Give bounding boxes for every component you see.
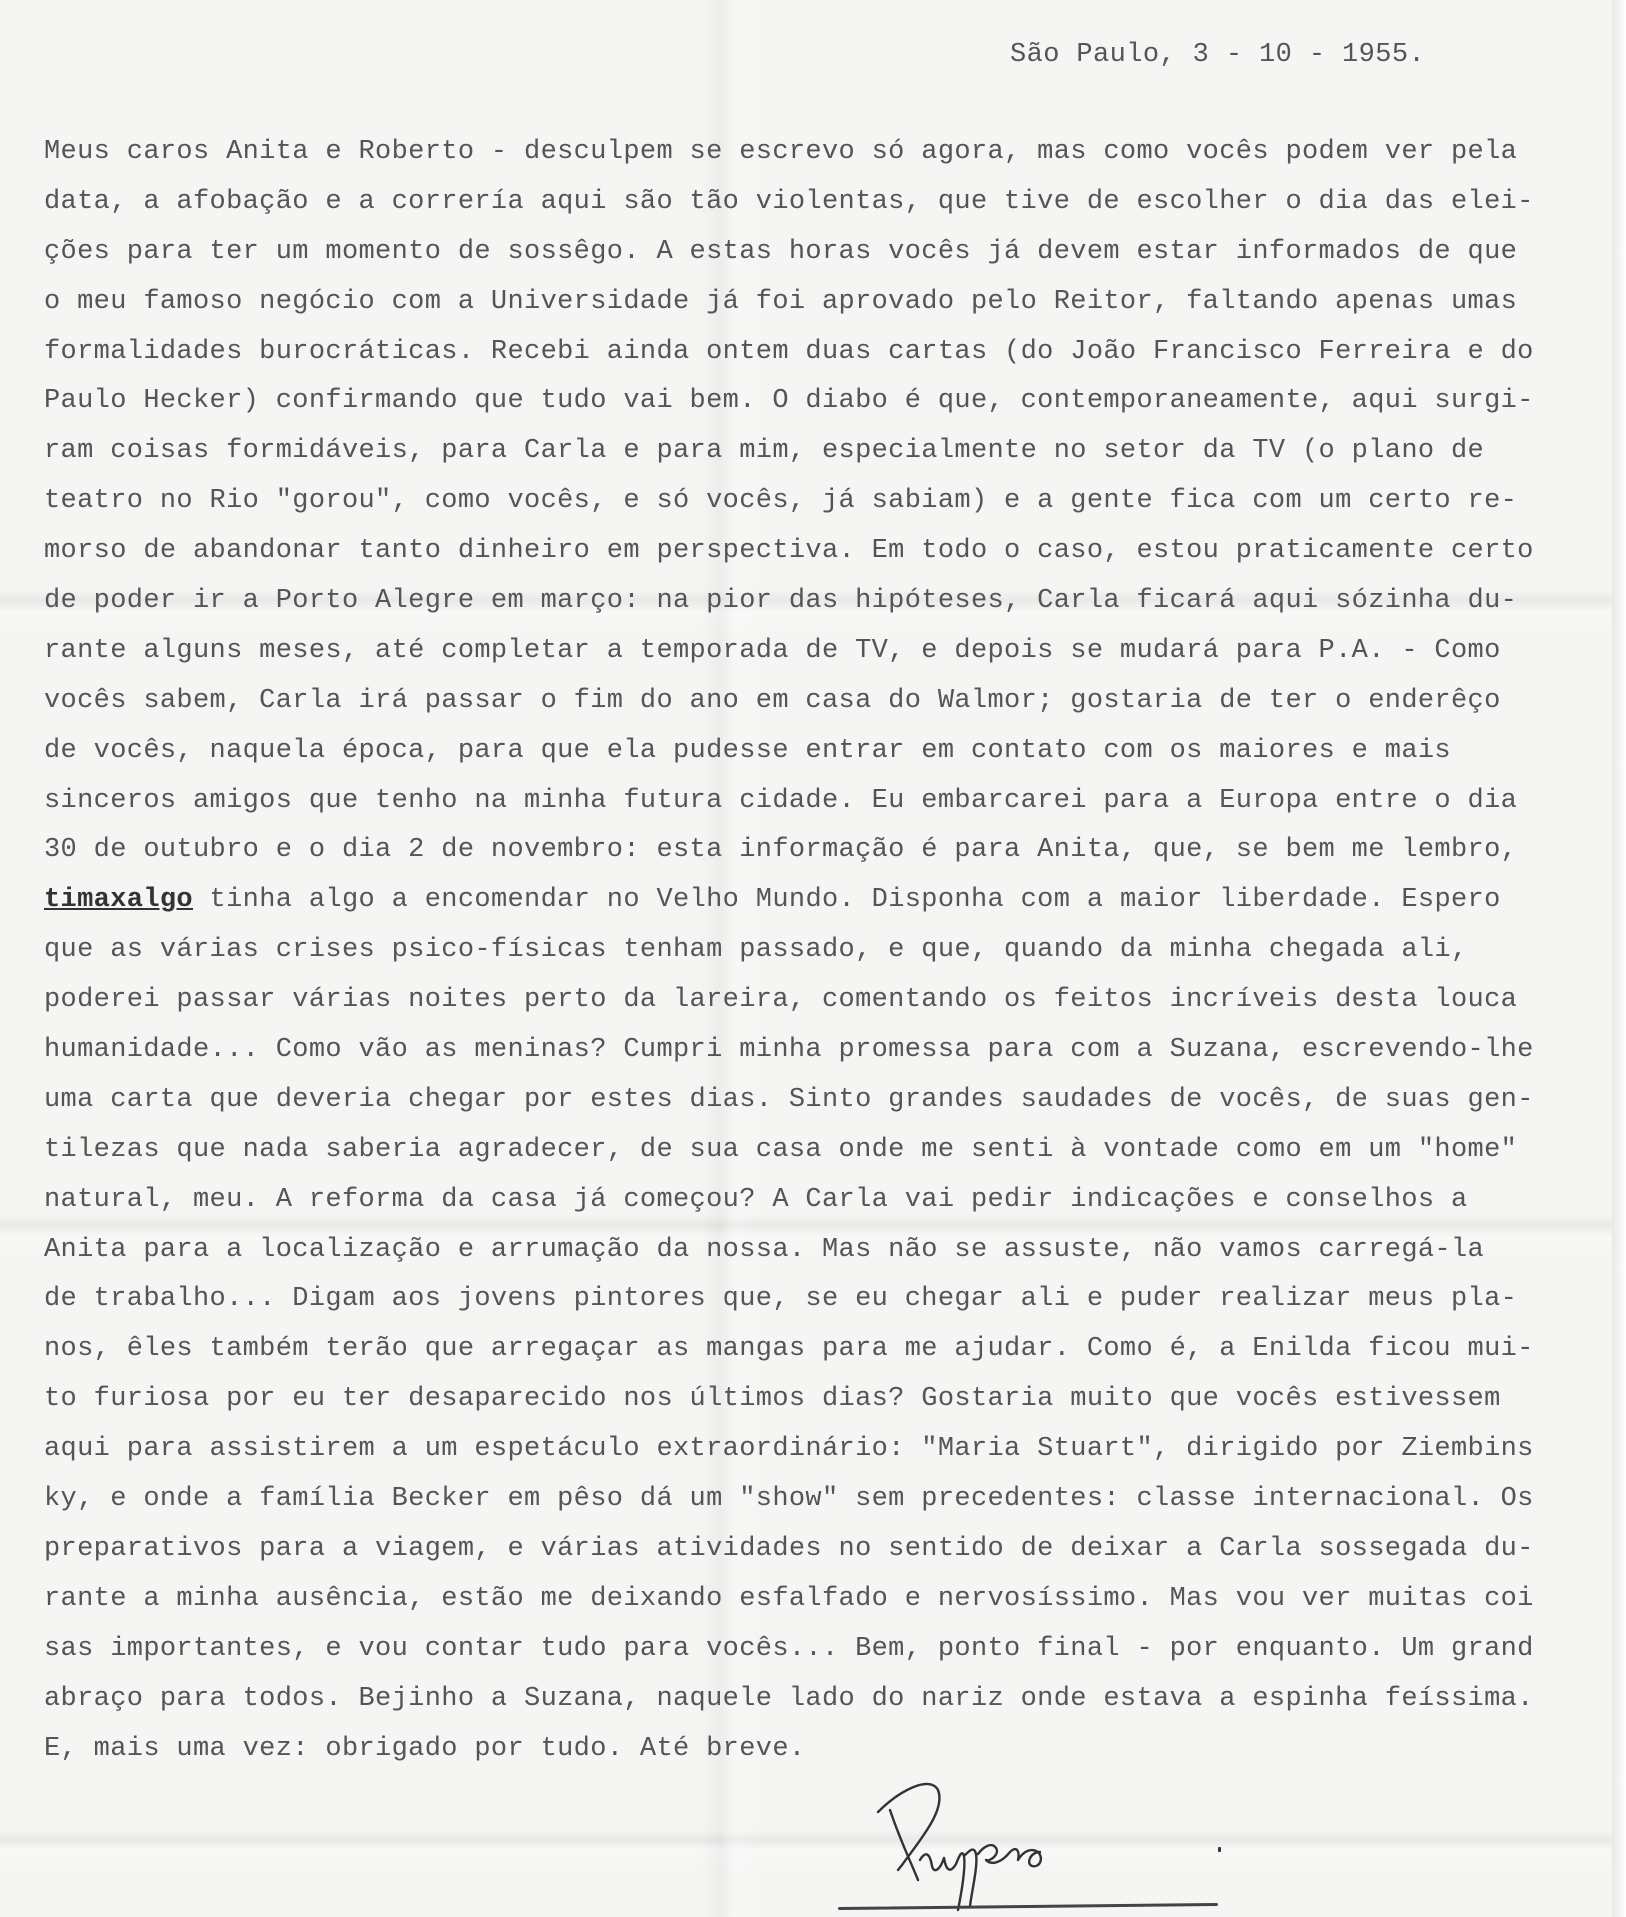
letter-line-text: tinha algo a encomendar no Velho Mundo. … — [210, 885, 1501, 915]
signature-scribble-icon — [860, 1770, 1180, 1910]
letter-line: rante a minha ausência, estão me deixand… — [44, 1575, 1626, 1625]
letter-line: teatro no Rio "gorou", como vocês, e só … — [44, 477, 1626, 527]
struck-out-text: timaxalgo — [44, 885, 193, 915]
letter-line: 30 de outubro e o dia 2 de novembro: est… — [44, 826, 1626, 876]
letter-line: sas importantes, e vou contar tudo para … — [44, 1625, 1626, 1675]
letter-line: morso de abandonar tanto dinheiro em per… — [44, 527, 1626, 577]
letter-line: abraço para todos. Bejinho a Suzana, naq… — [44, 1675, 1626, 1725]
letter-line: Meus caros Anita e Roberto - desculpem s… — [44, 128, 1626, 178]
letter-line: Anita para a localização e arrumação da … — [44, 1226, 1626, 1276]
letter-line: aqui para assistirem a um espetáculo ext… — [44, 1425, 1626, 1475]
letter-line: rante alguns meses, até completar a temp… — [44, 627, 1626, 677]
letter-body: Meus caros Anita e Roberto - desculpem s… — [44, 128, 1626, 1774]
letter-line: formalidades burocráticas. Recebi ainda … — [44, 328, 1626, 378]
letter-line: data, a afobação e a correría aqui são t… — [44, 178, 1626, 228]
letter-line: ky, e onde a família Becker em pêso dá u… — [44, 1475, 1626, 1525]
letter-line: preparativos para a viagem, e várias ati… — [44, 1525, 1626, 1575]
letter-line: ram coisas formidáveis, para Carla e par… — [44, 427, 1626, 477]
letter-line: de vocês, naquela época, para que ela pu… — [44, 727, 1626, 777]
letter-line: sinceros amigos que tenho na minha futur… — [44, 777, 1626, 827]
letter-line: E, mais uma vez: obrigado por tudo. Até … — [44, 1725, 1626, 1775]
letter-line: poderei passar várias noites perto da la… — [44, 976, 1626, 1026]
handwritten-signature — [860, 1770, 1180, 1910]
letter-line: de trabalho... Digam aos jovens pintores… — [44, 1275, 1626, 1325]
letter-line: o meu famoso negócio com a Universidade … — [44, 278, 1626, 328]
signature-dot — [1218, 1847, 1221, 1852]
letter-line: tilezas que nada saberia agradecer, de s… — [44, 1126, 1626, 1176]
letter-line-with-strikeout: timaxalgo tinha algo a encomendar no Vel… — [44, 876, 1626, 926]
letter-line: uma carta que deveria chegar por estes d… — [44, 1076, 1626, 1126]
place-date: São Paulo, 3 - 10 - 1955. — [1010, 40, 1425, 70]
letter-line: vocês sabem, Carla irá passar o fim do a… — [44, 677, 1626, 727]
letter-line: to furiosa por eu ter desaparecido nos ú… — [44, 1375, 1626, 1425]
letter-line: ções para ter um momento de sossêgo. A e… — [44, 228, 1626, 278]
letter-line: humanidade... Como vão as meninas? Cumpr… — [44, 1026, 1626, 1076]
letter-line: nos, êles também terão que arregaçar as … — [44, 1325, 1626, 1375]
letter-line: Paulo Hecker) confirmando que tudo vai b… — [44, 377, 1626, 427]
letter-line: que as várias crises psico-físicas tenha… — [44, 926, 1626, 976]
letter-line: natural, meu. A reforma da casa já começ… — [44, 1176, 1626, 1226]
letter-line: de poder ir a Porto Alegre em março: na … — [44, 577, 1626, 627]
